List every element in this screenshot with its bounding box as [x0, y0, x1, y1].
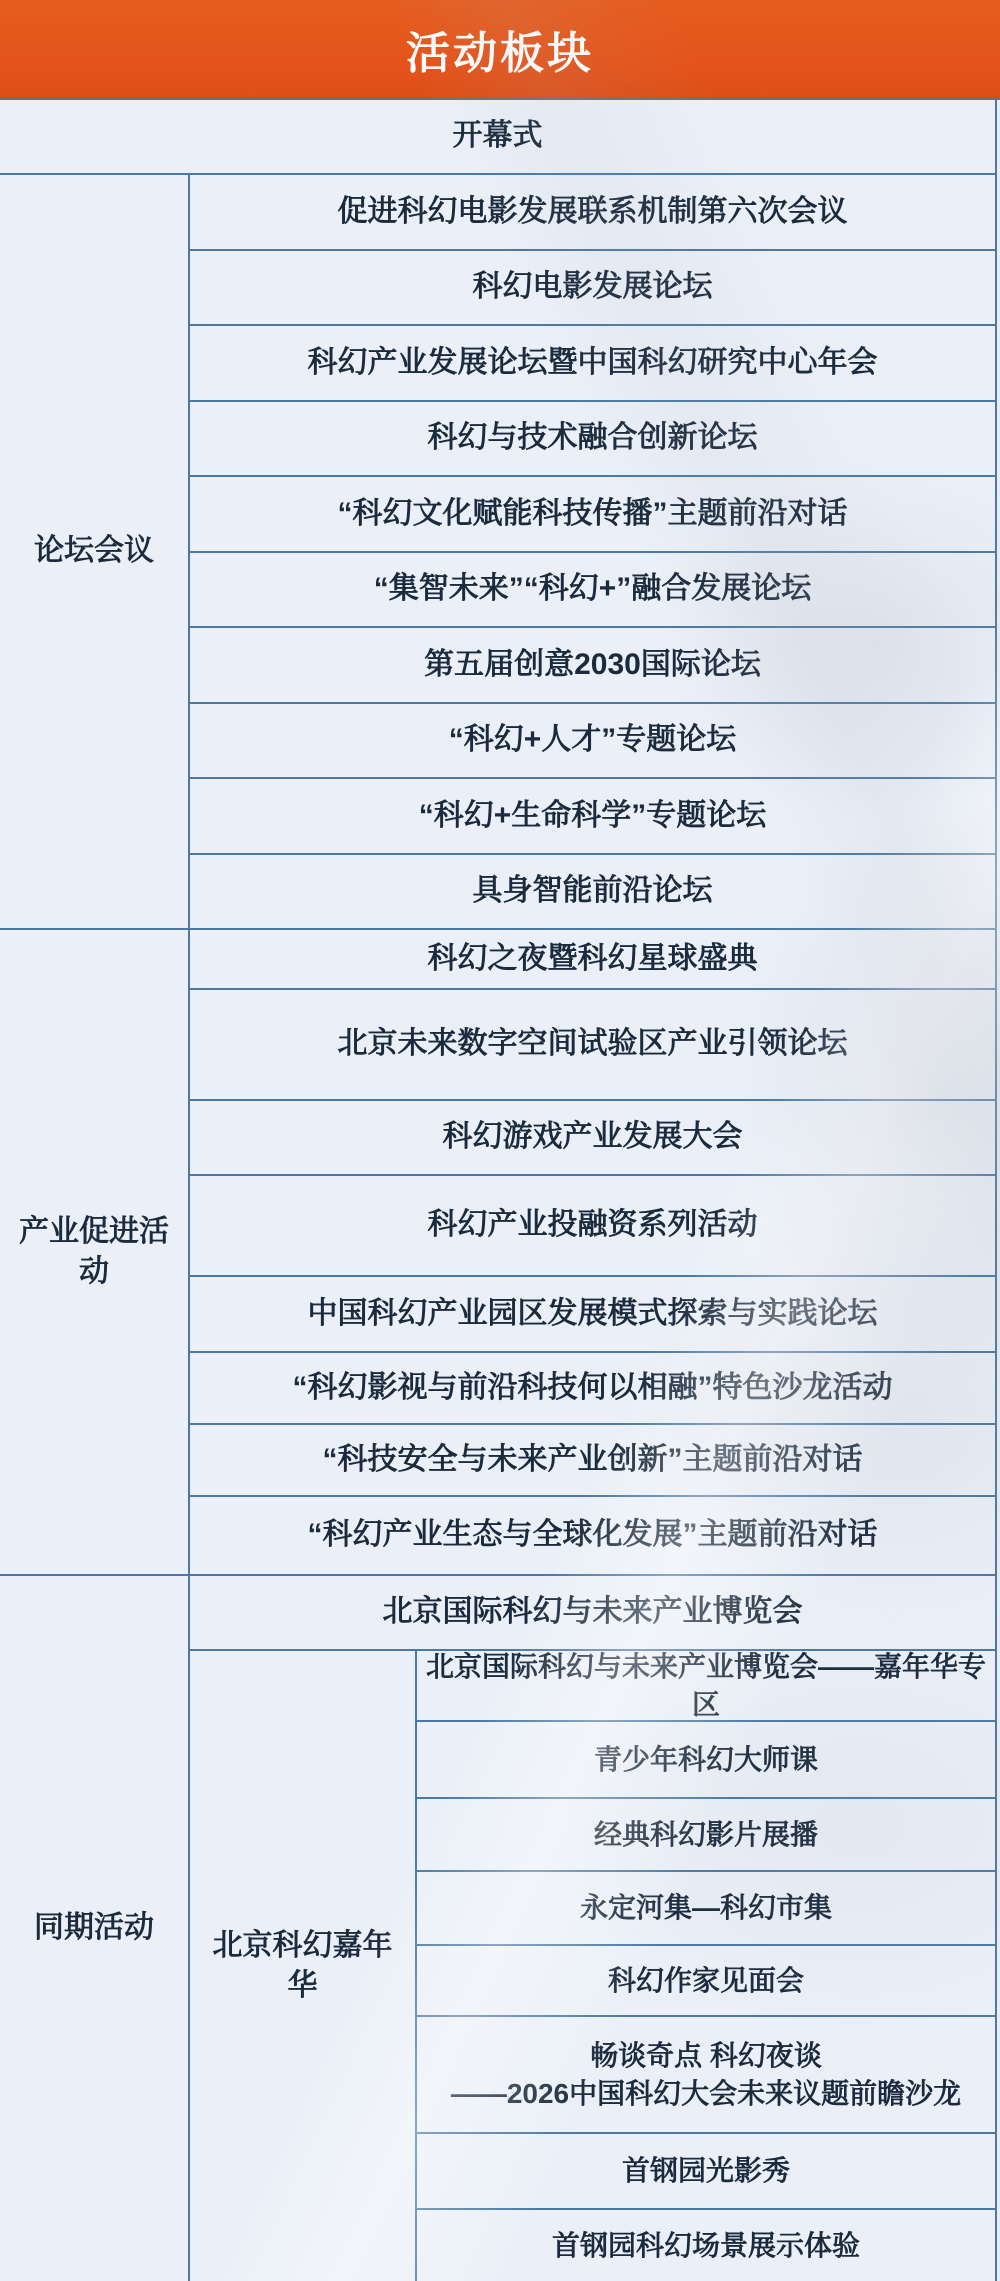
event-cell: “科幻产业生态与全球化发展”主题前沿对话	[190, 1497, 995, 1574]
event-cell: 畅谈奇点 科幻夜谈 ——2026中国科幻大会未来议题前瞻沙龙	[417, 2017, 995, 2132]
event-cell: “科幻+人才”专题论坛	[190, 704, 995, 777]
event-cell: 北京国际科幻与未来产业博览会——嘉年华专区	[417, 1651, 995, 1720]
event-cell: “科幻+生命科学”专题论坛	[190, 779, 995, 853]
event-cell: 科幻游戏产业发展大会	[190, 1101, 995, 1174]
event-cell: 科幻与技术融合创新论坛	[190, 402, 995, 475]
event-cell: 促进科幻电影发展联系机制第六次会议	[190, 175, 995, 249]
event-cell: 永定河集—科幻市集	[417, 1872, 995, 1944]
event-cell: 科幻电影发展论坛	[190, 251, 995, 324]
event-cell: 科幻作家见面会	[417, 1946, 995, 2015]
event-cell: “科技安全与未来产业创新”主题前沿对话	[190, 1425, 995, 1495]
event-cell: 科幻产业投融资系列活动	[190, 1176, 995, 1275]
schedule-table: 开幕式 论坛会议 促进科幻电影发展联系机制第六次会议 科幻电影发展论坛 科幻产业…	[0, 100, 997, 2281]
expo-row-cell: 北京国际科幻与未来产业博览会	[190, 1576, 995, 1649]
event-cell: 青少年科幻大师课	[417, 1722, 995, 1797]
section-label-forums: 论坛会议	[0, 175, 188, 928]
section-label-industry-promotion: 产业促进活动	[0, 930, 188, 1574]
event-cell: 中国科幻产业园区发展模式探索与实践论坛	[190, 1277, 995, 1351]
event-cell: “科幻影视与前沿科技何以相融”特色沙龙活动	[190, 1353, 995, 1423]
event-cell: 第五届创意2030国际论坛	[190, 628, 995, 702]
carnival-label: 北京科幻嘉年华	[190, 1651, 415, 2281]
event-cell: 首钢园光影秀	[417, 2134, 995, 2208]
section-label-concurrent-activities: 同期活动	[0, 1576, 188, 2281]
event-cell: 科幻产业发展论坛暨中国科幻研究中心年会	[190, 326, 995, 400]
event-cell: 北京未来数字空间试验区产业引领论坛	[190, 990, 995, 1099]
event-cell: “集智未来”“科幻+”融合发展论坛	[190, 553, 995, 626]
event-cell: 具身智能前沿论坛	[190, 855, 995, 928]
page-title: 活动板块	[406, 17, 594, 81]
event-cell: 经典科幻影片展播	[417, 1799, 995, 1870]
event-cell: “科幻文化赋能科技传播”主题前沿对话	[190, 477, 995, 551]
event-cell: 首钢园科幻场景展示体验	[417, 2210, 995, 2281]
banner: 活动板块	[0, 0, 1000, 100]
event-cell: 科幻之夜暨科幻星球盛典	[190, 930, 995, 988]
activity-schedule-page: 活动板块 开幕式 论坛会议 促进科幻电影发展联系机制第六次会议 科幻电影发展论坛…	[0, 0, 1000, 2281]
opening-ceremony-cell: 开幕式	[0, 100, 995, 173]
